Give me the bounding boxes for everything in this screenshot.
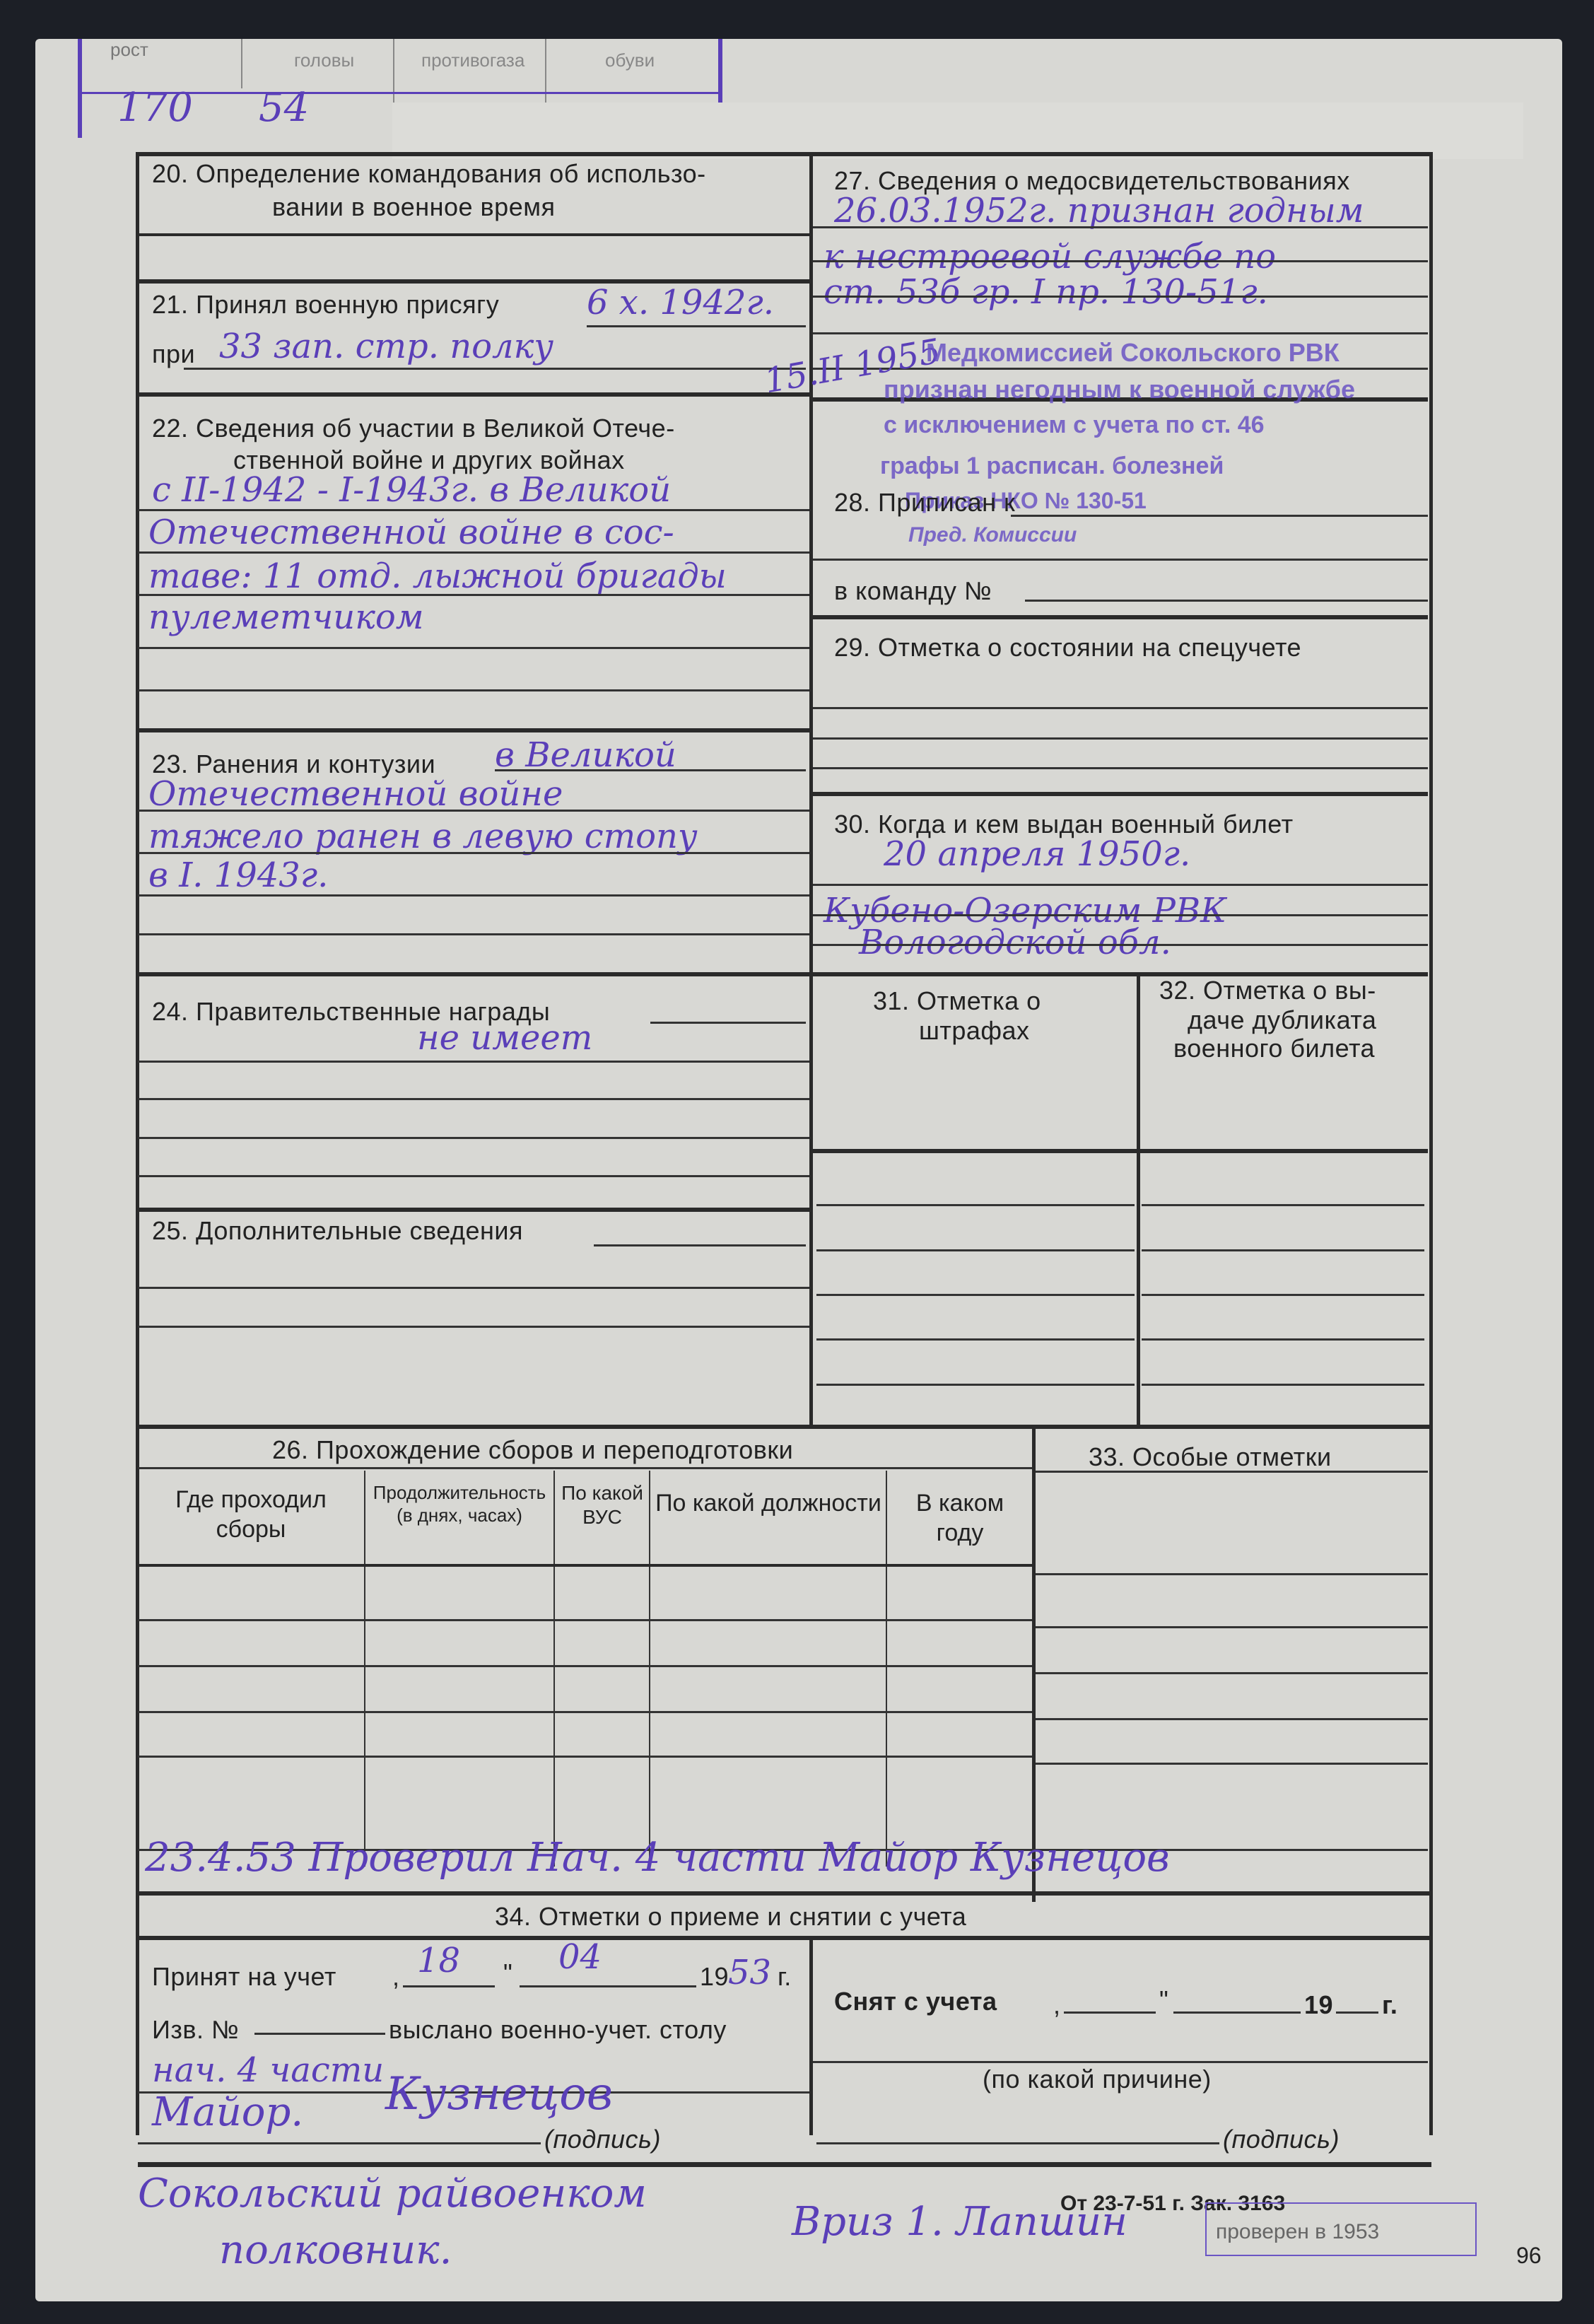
s23-line-2[interactable]: Отечественной войне — [148, 774, 563, 814]
rule — [138, 894, 809, 897]
rule — [816, 1294, 1135, 1296]
rule — [1142, 1204, 1424, 1206]
s26-col-vus: По какой ВУС — [557, 1481, 647, 1529]
rule — [813, 332, 1428, 334]
rule — [816, 1384, 1135, 1386]
header-head: головы — [294, 49, 354, 71]
rule — [813, 767, 1428, 769]
s26-col-where: Где проходил сборы — [141, 1485, 361, 1544]
s34-accepted-label: Принят на учет — [152, 1962, 336, 1992]
head-size-value: 54 — [259, 85, 309, 131]
rule — [1142, 1384, 1424, 1386]
section-rule — [138, 1891, 1431, 1896]
section-rule — [813, 792, 1428, 796]
s34-year-prefix: 19 — [700, 1962, 729, 1992]
s25-label: 25. Дополнительные сведения — [152, 1216, 523, 1246]
s32-label-line2: даче дубликата — [1188, 1005, 1376, 1035]
col-divider — [649, 1471, 650, 1867]
s22-line-2[interactable]: Отечественной войне в сос- — [148, 513, 674, 552]
rule — [813, 884, 1428, 886]
s21-at-label: при — [152, 339, 195, 369]
s26-col-position: По какой должности — [652, 1488, 884, 1518]
header-gasmask: противогаза — [421, 49, 525, 71]
rule — [138, 810, 809, 812]
rule — [138, 1061, 809, 1063]
rule — [813, 707, 1428, 709]
rule — [184, 368, 806, 370]
rule — [138, 647, 809, 649]
s32-label-line3: военного билета — [1173, 1034, 1375, 1063]
stamp-line-6: Пред. Комиссии — [908, 523, 1077, 547]
rule — [1142, 1294, 1424, 1296]
s32-label-line1: 32. Отметка о вы- — [1159, 976, 1376, 1005]
page-number: 96 — [1516, 2243, 1542, 2269]
rule — [816, 2142, 1219, 2144]
rule — [138, 1098, 809, 1100]
s24-value[interactable]: не имеет — [417, 1018, 592, 1058]
s22-label-line1: 22. Сведения об участии в Великой Отече- — [152, 414, 675, 443]
s34-removed-year-prefix: 19 — [1304, 1990, 1333, 2020]
footer-rank: полковник. — [219, 2227, 452, 2273]
checked-stamp-text: проверен в 1953 — [1216, 2220, 1379, 2244]
s34-izv-label: Изв. № — [152, 2015, 239, 2045]
col-divider — [553, 1471, 555, 1867]
s20-label-line1: 20. Определение командования об использо… — [152, 159, 706, 189]
section-rule — [138, 728, 809, 732]
rule — [1036, 1718, 1428, 1720]
rule — [138, 1564, 1032, 1567]
rule — [816, 1204, 1135, 1206]
s22-line-4[interactable]: пулеметчиком — [148, 597, 424, 637]
rule — [813, 944, 1428, 946]
rule — [138, 1467, 1032, 1469]
rule — [587, 325, 806, 327]
section-rule — [813, 615, 1428, 619]
paper-overlay — [392, 103, 1523, 159]
s34-signer-line2: Майор. — [152, 2089, 303, 2135]
rule — [1142, 1338, 1424, 1341]
s34-accepted-day[interactable]: 18 — [417, 1941, 460, 1980]
s34-accepted-year[interactable]: 53 — [728, 1953, 771, 1992]
s27-line-3[interactable]: ст. 53б гр. I пр. 130-51г. — [824, 272, 1268, 312]
rule — [495, 769, 806, 771]
rule — [594, 1244, 806, 1246]
rule — [138, 1711, 1032, 1713]
rule — [813, 296, 1428, 298]
rule — [813, 226, 1428, 228]
section-rule — [138, 392, 809, 397]
rule — [138, 852, 809, 854]
quote-mark: " — [503, 1958, 512, 1988]
rule — [1036, 1672, 1428, 1674]
s34-signer-line1: нач. 4 части — [152, 2050, 384, 2090]
s34-year-g: г. — [778, 1962, 792, 1992]
rule — [520, 1985, 696, 1987]
s34-removed-label: Снят с учета — [834, 1987, 997, 2016]
s34-reason-label: (по какой причине) — [983, 2065, 1212, 2094]
s31-label-line1: 31. Отметка о — [873, 986, 1041, 1016]
s21-unit[interactable]: 33 зап. стр. полку — [219, 327, 553, 366]
rule — [138, 1287, 809, 1289]
rule — [1036, 1471, 1428, 1473]
section-rule — [138, 1208, 809, 1212]
stamp-line-2: признан негодным к военной службе — [884, 375, 1355, 404]
s34-removed-year-g: г. — [1382, 1990, 1397, 2020]
rule — [138, 1619, 1032, 1621]
rule — [1036, 1626, 1428, 1628]
s34-signature-label-2: (подпись) — [1223, 2125, 1340, 2154]
s27-line-2[interactable]: к нестроевой службе по — [824, 237, 1276, 276]
rule — [138, 689, 809, 691]
s30-line-1[interactable]: 20 апреля 1950г. — [884, 834, 1190, 874]
section-rule — [138, 1425, 1431, 1429]
stamp-line-3: с исключением с учета по ст. 46 — [884, 411, 1265, 439]
rule — [813, 260, 1428, 262]
s26-s33-divider — [1032, 1428, 1036, 1902]
s34-signature-label: (подпись) — [544, 2125, 661, 2154]
rule — [138, 1665, 1032, 1667]
rule — [1336, 2011, 1378, 2014]
rule — [1142, 1249, 1424, 1251]
s22-line-3[interactable]: таве: 11 отд. лыжной бригады — [148, 556, 727, 596]
rule — [254, 2033, 385, 2035]
s33-label: 33. Особые отметки — [1089, 1442, 1332, 1472]
header-shoes: обуви — [605, 49, 655, 71]
s28-command-label: в команду № — [834, 576, 992, 606]
rule — [813, 737, 1428, 740]
s21-label: 21. Принял военную присягу — [152, 290, 499, 320]
stamp-line-1: Медкомиссией Сокольского РВК — [926, 338, 1340, 368]
rule — [1036, 1573, 1428, 1575]
s34-accepted-month[interactable]: 04 — [558, 1937, 602, 1977]
quote-mark: " — [1159, 1985, 1168, 2015]
section-rule — [813, 1149, 1428, 1153]
rule — [138, 1756, 1032, 1758]
rule — [138, 1137, 809, 1139]
rule — [138, 2142, 541, 2144]
frame-top — [138, 152, 1431, 156]
quote-mark: , — [1053, 1990, 1061, 2020]
s23-line-4[interactable]: в I. 1943г. — [148, 856, 328, 895]
divider — [241, 39, 242, 88]
s34-label: 34. Отметки о приеме и снятии с учета — [495, 1902, 966, 1932]
quote-mark: , — [392, 1962, 400, 1992]
rule — [813, 914, 1428, 916]
rule — [1036, 1763, 1428, 1765]
s34-divider — [809, 1937, 813, 2135]
s26-col-year: В каком году — [889, 1488, 1031, 1548]
rule — [1025, 600, 1428, 602]
rule — [813, 2061, 1428, 2063]
s27-line-1[interactable]: 26.03.1952г. признан годным — [834, 191, 1364, 230]
s23-line-3[interactable]: тяжело ранен в левую стопу — [148, 817, 698, 856]
frame-right — [1429, 152, 1433, 2135]
s26-label: 26. Прохождение сборов и переподготовки — [272, 1435, 793, 1465]
s26-col-duration: Продолжительность (в днях, часах) — [368, 1481, 551, 1526]
s22-line-1[interactable]: с II-1942 - I-1943г. в Великой — [152, 470, 671, 510]
s31-s32-divider — [1137, 976, 1140, 1428]
rule — [138, 594, 809, 596]
rule — [138, 933, 809, 935]
s20-label-line2: вании в военное время — [272, 192, 555, 222]
rule — [138, 233, 809, 236]
s34-signature: Кузнецов — [385, 2068, 613, 2120]
rule — [813, 559, 1428, 561]
rule — [138, 1175, 809, 1177]
header-height: рост — [110, 39, 148, 61]
rule — [816, 1338, 1135, 1341]
s34-izv-tail: выслано военно-учет. столу — [389, 2015, 727, 2045]
rule — [1173, 2011, 1301, 2014]
s28-label: 28. Приписан к — [834, 488, 1015, 518]
height-value: 170 — [117, 85, 193, 131]
column-divider — [809, 152, 813, 1425]
col-divider — [364, 1471, 365, 1867]
s29-label: 29. Отметка о состоянии на спецучете — [834, 633, 1301, 662]
rule — [1011, 515, 1428, 517]
frame-left — [136, 152, 139, 2135]
frame-bottom — [138, 2162, 1431, 2167]
s26-check-note: 23.4.53 Проверил Нач. 4 части Майор Кузн… — [145, 1835, 1170, 1881]
rule — [138, 509, 809, 511]
s31-label-line2: штрафах — [919, 1016, 1030, 1046]
rule — [816, 1249, 1135, 1251]
s30-line-3[interactable]: Вологодской обл. — [859, 923, 1171, 962]
section-rule — [138, 972, 809, 976]
rule — [403, 1985, 495, 1987]
stamp-line-4: графы 1 расписан. болезней — [880, 452, 1224, 480]
rule — [650, 1022, 806, 1024]
rule — [1064, 2011, 1156, 2014]
col-divider — [886, 1471, 887, 1867]
rule — [138, 551, 809, 554]
rule — [138, 1326, 809, 1328]
s21-date[interactable]: 6 х. 1942г. — [587, 283, 774, 322]
section-rule — [138, 1936, 1431, 1940]
footer-commissariat: Сокольский райвоенком — [138, 2171, 647, 2217]
